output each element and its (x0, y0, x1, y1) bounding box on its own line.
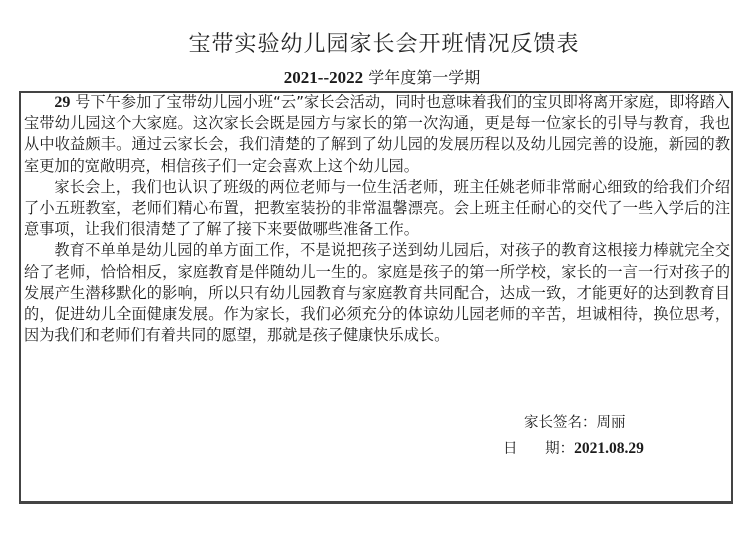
date-value: 2021.08.29 (574, 440, 644, 457)
signature-date: 日 期：2021.08.29 (503, 439, 644, 459)
signature-label: 家长签名： (524, 415, 597, 431)
document-subtitle: 2021--2022 学年度第一学期 (0, 67, 756, 89)
paragraph-1-text: 号下午参加了宝带幼儿园小班“云”家长会活动，同时也意味着我们的宝贝即将离开家庭，… (24, 93, 730, 175)
academic-term: 学年度第一学期 (363, 68, 480, 87)
date-label: 日 期： (503, 441, 574, 457)
document-title: 宝带实验幼儿园家长会开班情况反馈表 (0, 31, 756, 59)
parent-signature: 家长签名：周丽 (524, 413, 626, 433)
paragraph-3: 教育不单单是幼儿园的单方面工作，不是说把孩子送到幼儿园后，对孩子的教育这根接力棒… (24, 240, 730, 346)
paragraph-2: 家长会上，我们也认识了班级的两位老师与一位生活老师，班主任姚老师非常耐心细致的给… (24, 177, 730, 241)
paragraph-1: 29 号下午参加了宝带幼儿园小班“云”家长会活动，同时也意味着我们的宝贝即将离开… (24, 92, 730, 177)
paragraph-1-date-number: 29 (54, 94, 70, 111)
feedback-body: 29 号下午参加了宝带幼儿园小班“云”家长会活动，同时也意味着我们的宝贝即将离开… (24, 92, 730, 346)
signature-name: 周丽 (597, 415, 626, 431)
academic-year: 2021--2022 (284, 68, 363, 87)
